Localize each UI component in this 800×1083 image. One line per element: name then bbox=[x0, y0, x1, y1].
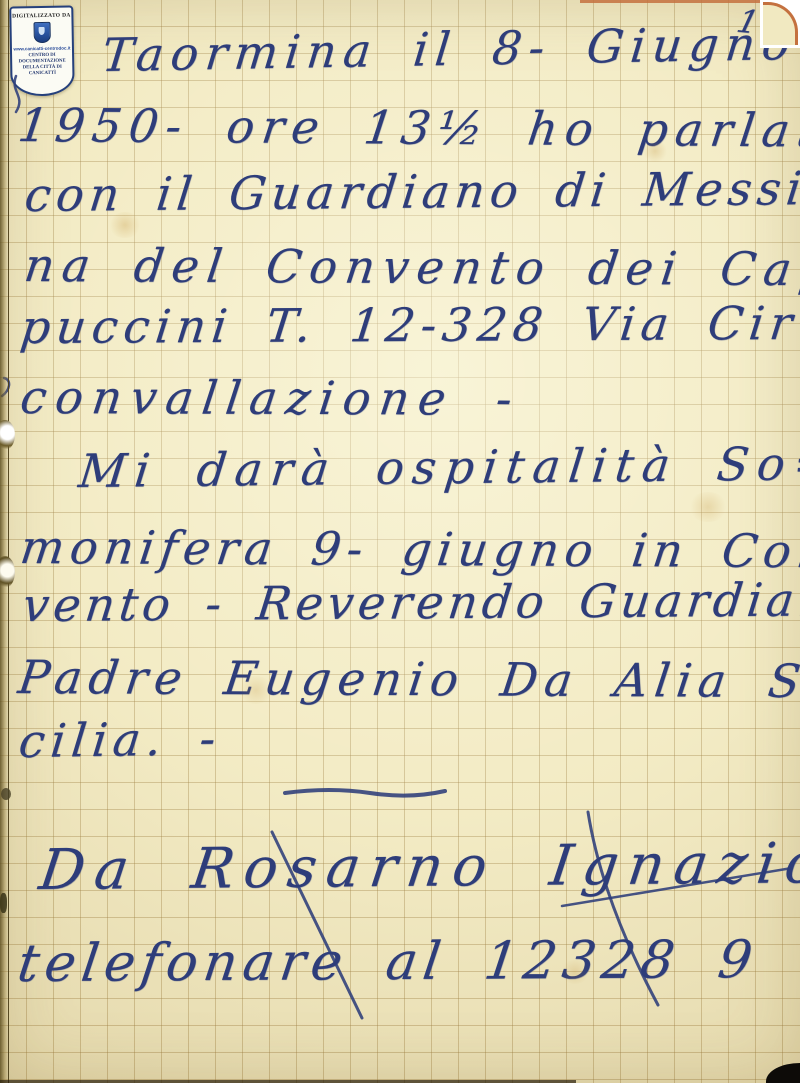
handwritten-line-crossed: telefonare al 12328 9 bbox=[14, 932, 761, 993]
handwritten-line-crossed: Da Rosarno Ignazio bbox=[36, 833, 800, 902]
notebook-page-scan: DIGITALIZZATO DA www.canicatti-centrodoc… bbox=[0, 0, 800, 1083]
digitization-stamp: DIGITALIZZATO DA www.canicatti-centrodoc… bbox=[9, 5, 75, 96]
handwritten-line: Taormina il 8- Giugno bbox=[100, 18, 800, 81]
handwritten-line: con il Guardiano di Messi= bbox=[22, 163, 800, 221]
stamp-url: www.canicatti-centrodoc.it bbox=[13, 46, 70, 52]
stamp-header: DIGITALIZZATO DA bbox=[12, 12, 71, 19]
binding-hole bbox=[0, 420, 15, 450]
canicatti-crest-icon bbox=[33, 22, 50, 43]
paper-stain bbox=[688, 492, 728, 522]
handwritten-line: cilia. - bbox=[16, 713, 224, 766]
binding-mark bbox=[1, 788, 11, 800]
binding-mark bbox=[0, 893, 7, 913]
handwritten-line: Mi darà ospitalità So= bbox=[76, 438, 800, 497]
handwritten-line: vento - Reverendo Guardiano bbox=[20, 574, 800, 631]
binding-hole bbox=[0, 556, 15, 588]
handwritten-line: monifera 9- giugno in Con= bbox=[18, 522, 800, 577]
handwritten-line: na del Convento dei Cap= bbox=[22, 240, 800, 295]
binding-edge-shadow bbox=[0, 0, 9, 1083]
handwritten-line: 1950- ore 13½ ho parlato bbox=[15, 100, 800, 156]
stamp-org-line2: DELLA CITTÀ DI CANICATTÌ bbox=[12, 64, 72, 77]
handwritten-line: Padre Eugenio Da Alia Si= bbox=[16, 652, 800, 707]
stamp-org-line1: CENTRO DI DOCUMENTAZIONE bbox=[12, 52, 72, 65]
handwritten-line: puccini T. 12-328 Via Cir= bbox=[18, 298, 800, 353]
page-corner-curl bbox=[766, 1063, 800, 1083]
handwritten-line: convallazione - bbox=[18, 372, 524, 424]
page-corner-top-right bbox=[760, 0, 800, 48]
separator-stroke bbox=[285, 790, 445, 796]
